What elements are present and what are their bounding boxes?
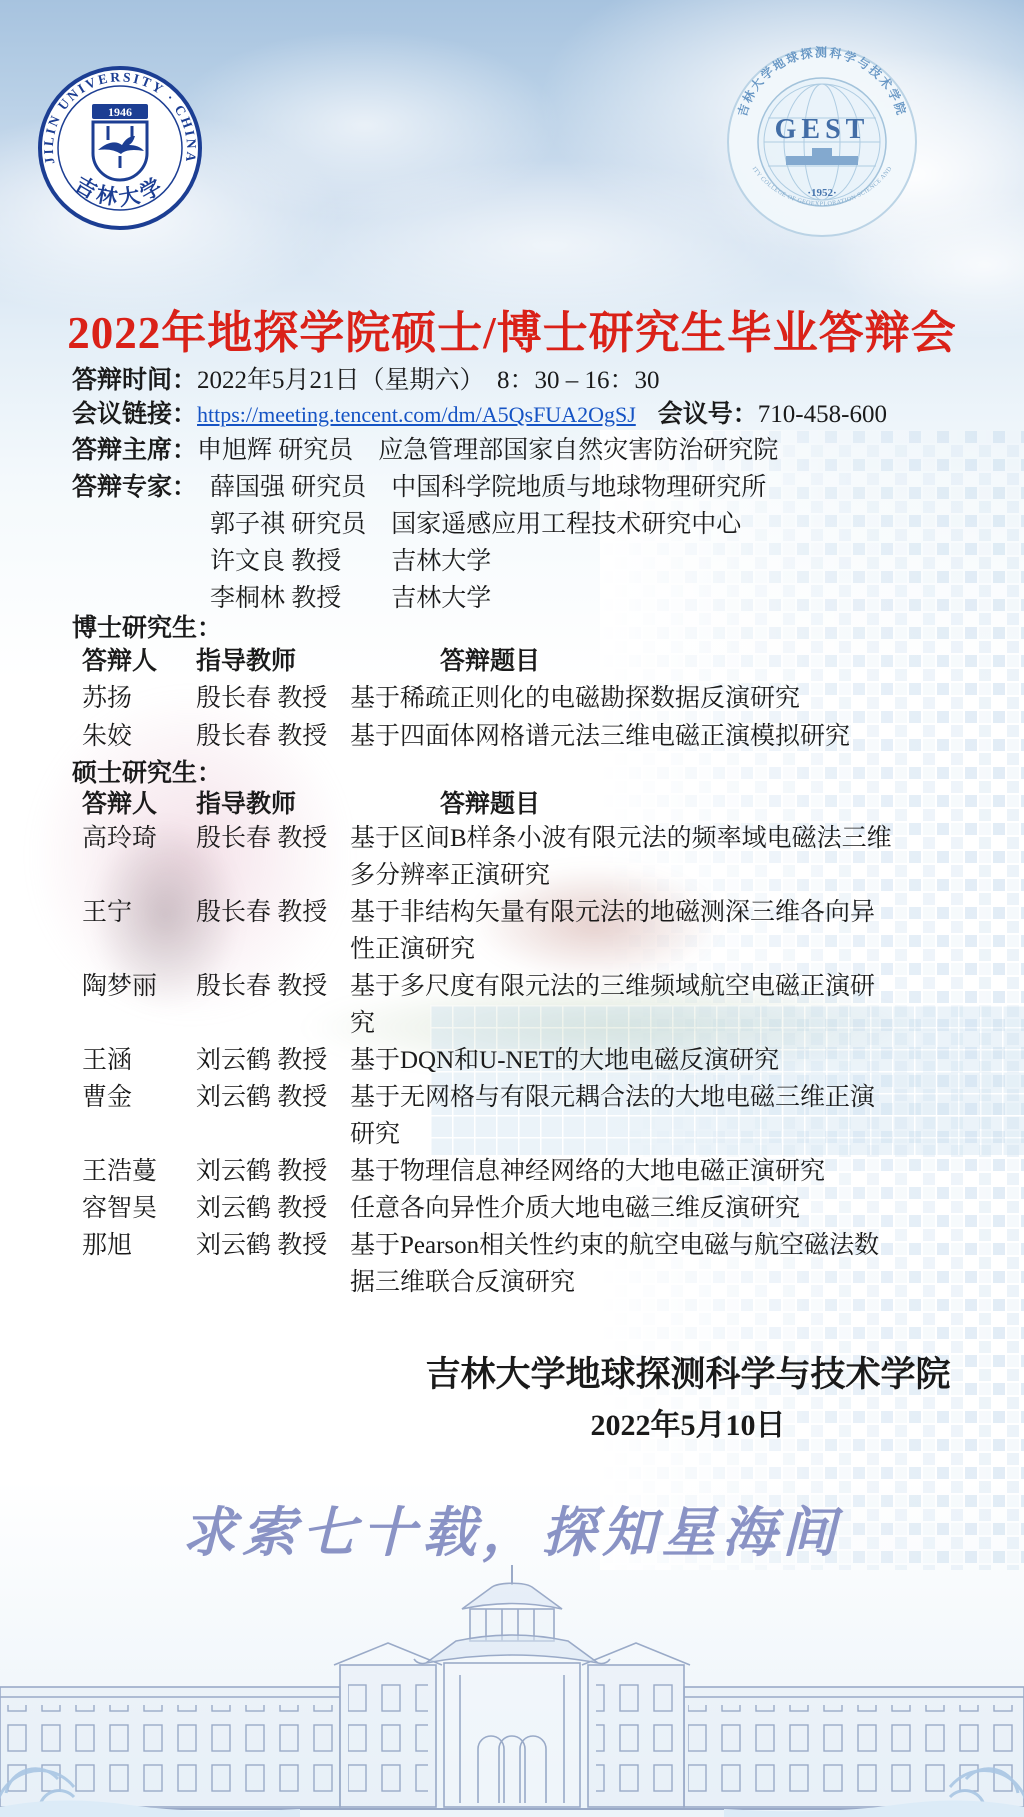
advisor-name: 刘云鹤 教授 — [196, 1227, 327, 1264]
meeting-no: 710-458-600 — [758, 401, 887, 428]
expert-item: 薛国强 研究员 中国科学院地质与地球物理研究所 — [210, 469, 962, 506]
advisor-name: 刘云鹤 教授 — [196, 1190, 327, 1227]
meeting-link-line: 会议链接：https://meeting.tencent.com/dm/A5Qs… — [72, 396, 962, 433]
advisor-name: 刘云鹤 教授 — [196, 1079, 327, 1116]
table-row: 王涵 刘云鹤 教授 基于DQN和U-NET的大地电磁反演研究 — [72, 1042, 962, 1079]
defender-name: 王涵 — [82, 1042, 132, 1079]
thesis-title: 基于区间B样条小波有限元法的频率域电磁法三维多分辨率正演研究 — [350, 820, 895, 894]
defender-name: 曹金 — [82, 1079, 132, 1116]
defense-time-line: 答辩时间：2022年5月21日（星期六） 8：30 – 16：30 — [72, 362, 962, 399]
poster-title: 2022年地探学院硕士/博士研究生毕业答辩会 — [0, 296, 1024, 361]
advisor-name: 殷长春 教授 — [196, 894, 327, 931]
table-row: 高玲琦 殷长春 教授 基于区间B样条小波有限元法的频率域电磁法三维多分辨率正演研… — [72, 820, 962, 894]
col-advisor: 指导教师 — [196, 643, 296, 680]
geological-palace-illustration — [0, 1557, 1024, 1817]
advisor-name: 殷长春 教授 — [196, 820, 327, 857]
chair-line: 答辩主席：申旭辉 研究员 应急管理部国家自然灾害防治研究院 — [72, 432, 962, 469]
msc-table: 高玲琦 殷长春 教授 基于区间B样条小波有限元法的频率域电磁法三维多分辨率正演研… — [72, 820, 962, 1301]
anniversary-slogan: 求索七十载，探知星海间 — [0, 1490, 1024, 1567]
table-row: 王浩蔓 刘云鹤 教授 基于物理信息神经网络的大地电磁正演研究 — [72, 1153, 962, 1190]
chair-value: 申旭辉 研究员 应急管理部国家自然灾害防治研究院 — [197, 437, 778, 464]
table-row: 王宁 殷长春 教授 基于非结构矢量有限元法的地磁测深三维各向异性正演研究 — [72, 894, 962, 968]
advisor-name: 殷长春 教授 — [196, 718, 327, 756]
chair-label: 答辩主席： — [72, 437, 197, 464]
jlu-year: 1946 — [108, 105, 132, 119]
thesis-title: 基于稀疏正则化的电磁勘探数据反演研究 — [350, 680, 895, 718]
thesis-title: 基于多尺度有限元法的三维频域航空电磁正演研究 — [350, 968, 895, 1042]
advisor-name: 刘云鹤 教授 — [196, 1042, 327, 1079]
col-title: 答辩题目 — [440, 786, 540, 823]
advisor-name: 殷长春 教授 — [196, 680, 327, 718]
meeting-no-label: 会议号： — [658, 401, 758, 428]
col-advisor: 指导教师 — [196, 786, 296, 823]
meeting-link[interactable]: https://meeting.tencent.com/dm/A5QsFUA2O… — [197, 402, 636, 427]
advisor-name: 殷长春 教授 — [196, 968, 327, 1005]
col-defender: 答辩人 — [82, 786, 157, 823]
gest-abbr: GEST — [775, 114, 870, 145]
organization-name: 吉林大学地球探测科学与技术学院 — [408, 1352, 968, 1398]
signature-block: 吉林大学地球探测科学与技术学院 2022年5月10日 — [408, 1352, 968, 1446]
thesis-title: 任意各向异性介质大地电磁三维反演研究 — [350, 1190, 895, 1227]
defender-name: 王浩蔓 — [82, 1153, 157, 1190]
thesis-title: 基于四面体网格谱元法三维电磁正演模拟研究 — [350, 718, 895, 756]
table-row: 朱姣 殷长春 教授 基于四面体网格谱元法三维电磁正演模拟研究 — [72, 718, 962, 756]
phd-table: 苏扬 殷长春 教授 基于稀疏正则化的电磁勘探数据反演研究 朱姣 殷长春 教授 基… — [72, 680, 962, 756]
gest-college-logo: 吉林大学地球探测科学与技术学院 JILIN UNIVERSITY COLLEGE… — [724, 44, 920, 240]
table-row: 苏扬 殷长春 教授 基于稀疏正则化的电磁勘探数据反演研究 — [72, 680, 962, 718]
msc-table-header: 答辩人 指导教师 答辩题目 — [72, 786, 962, 823]
phd-section-heading: 博士研究生： — [72, 610, 962, 647]
thesis-title: 基于Pearson相关性约束的航空电磁与航空磁法数据三维联合反演研究 — [350, 1227, 895, 1301]
advisor-name: 刘云鹤 教授 — [196, 1153, 327, 1190]
phd-table-header: 答辩人 指导教师 答辩题目 — [72, 643, 962, 680]
time-label: 答辩时间： — [72, 367, 197, 394]
defender-name: 容智昊 — [82, 1190, 157, 1227]
table-row: 容智昊 刘云鹤 教授 任意各向异性介质大地电磁三维反演研究 — [72, 1190, 962, 1227]
defender-name: 高玲琦 — [82, 820, 157, 857]
col-defender: 答辩人 — [82, 643, 157, 680]
table-row: 那旭 刘云鹤 教授 基于Pearson相关性约束的航空电磁与航空磁法数据三维联合… — [72, 1227, 962, 1301]
col-title: 答辩题目 — [440, 643, 540, 680]
gest-year: ·1952· — [807, 187, 836, 199]
link-label: 会议链接： — [72, 401, 197, 428]
jilin-university-logo: JILIN UNIVERSITY · CHINA 1946 吉林大学 — [36, 64, 204, 232]
thesis-title: 基于DQN和U-NET的大地电磁反演研究 — [350, 1042, 895, 1079]
defender-name: 朱姣 — [82, 718, 132, 756]
defender-name: 苏扬 — [82, 680, 132, 718]
defender-name: 那旭 — [82, 1227, 132, 1264]
defender-name: 王宁 — [82, 894, 132, 931]
defender-name: 陶梦丽 — [82, 968, 157, 1005]
thesis-title: 基于物理信息神经网络的大地电磁正演研究 — [350, 1153, 895, 1190]
table-row: 曹金 刘云鹤 教授 基于无网格与有限元耦合法的大地电磁三维正演研究 — [72, 1079, 962, 1153]
time-value: 2022年5月21日（星期六） 8：30 – 16：30 — [197, 367, 660, 394]
table-row: 陶梦丽 殷长春 教授 基于多尺度有限元法的三维频域航空电磁正演研究 — [72, 968, 962, 1042]
expert-item: 郭子祺 研究员 国家遥感应用工程技术研究中心 — [210, 506, 962, 543]
thesis-title: 基于无网格与有限元耦合法的大地电磁三维正演研究 — [350, 1079, 895, 1153]
experts-label: 答辩专家： — [72, 469, 197, 506]
thesis-title: 基于非结构矢量有限元法的地磁测深三维各向异性正演研究 — [350, 894, 895, 968]
poster-page: JILIN UNIVERSITY · CHINA 1946 吉林大学 吉林大学地… — [0, 0, 1024, 1817]
expert-item: 许文良 教授 吉林大学 — [210, 543, 962, 580]
experts-block: 答辩专家： 薛国强 研究员 中国科学院地质与地球物理研究所 郭子祺 研究员 国家… — [72, 469, 962, 617]
issue-date: 2022年5月10日 — [408, 1406, 968, 1446]
